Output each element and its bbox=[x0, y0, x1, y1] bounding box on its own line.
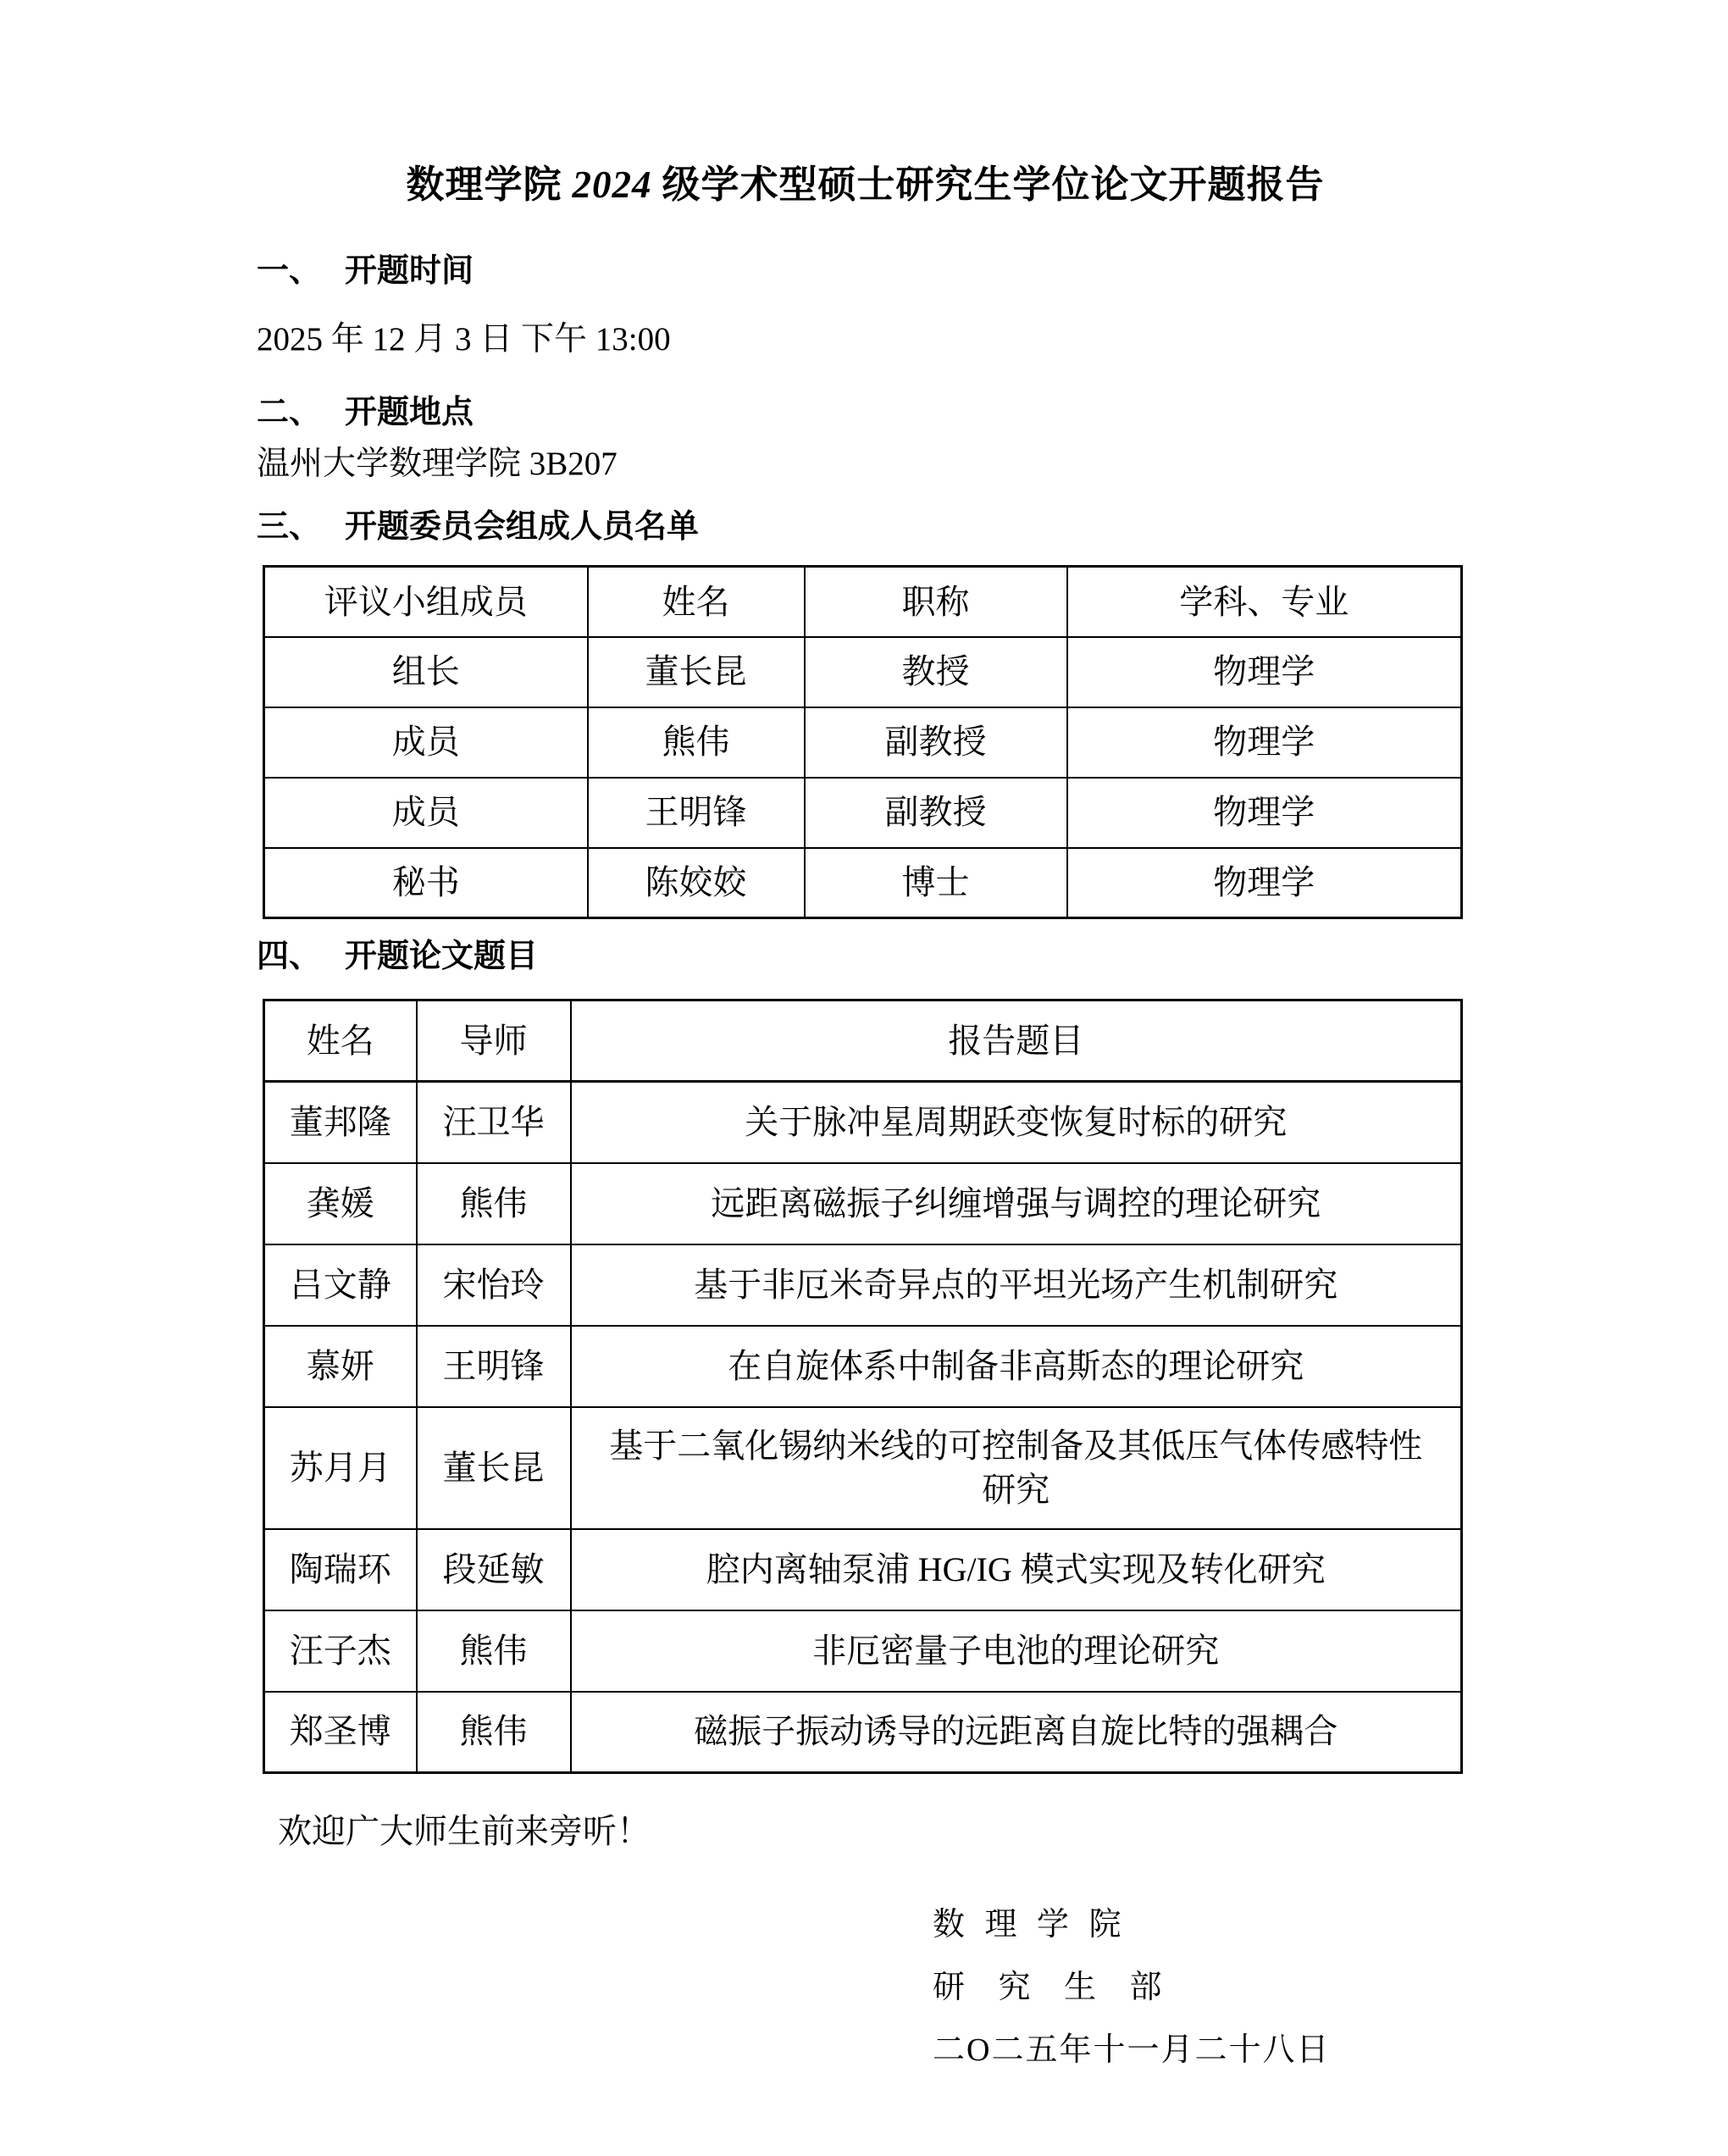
signature-institution: 数 理 学 院 bbox=[933, 1893, 1474, 1956]
advisor-name: 宋怡玲 bbox=[417, 1244, 571, 1326]
section-heading-time: 一、开题时间 bbox=[257, 254, 1474, 290]
table-cell: 成员 bbox=[264, 778, 588, 848]
student-name: 陶瑞环 bbox=[264, 1529, 417, 1610]
section-title: 开题委员会组成人员名单 bbox=[345, 509, 699, 545]
report-title: 腔内离轴泵浦 HG/IG 模式实现及转化研究 bbox=[571, 1529, 1462, 1610]
table-cell: 博士 bbox=[805, 848, 1067, 918]
committee-table: 评议小组成员 姓名 职称 学科、专业 组长 董长昆 教授 物理学 成员 熊伟 副… bbox=[263, 565, 1463, 919]
title-suffix: 级学术型硕士研究生学位论文开题报告 bbox=[662, 163, 1325, 206]
title-year: 2024 bbox=[562, 164, 662, 206]
table-row: 郑圣博 熊伟 磁振子振动诱导的远距离自旋比特的强耦合 bbox=[264, 1692, 1462, 1773]
title-prefix: 数理学院 bbox=[406, 163, 562, 206]
page-title: 数理学院2024级学术型硕士研究生学位论文开题报告 bbox=[257, 161, 1474, 208]
report-title: 基于二氧化锡纳米线的可控制备及其低压气体传感特性研究 bbox=[571, 1407, 1462, 1529]
table-row: 苏月月 董长昆 基于二氧化锡纳米线的可控制备及其低压气体传感特性研究 bbox=[264, 1407, 1462, 1529]
signature-date: 二O二五年十一月二十八日 bbox=[933, 2019, 1474, 2081]
section-body-time: 2025 年 12 月 3 日 下午 13:00 bbox=[257, 322, 1474, 358]
table-cell: 成员 bbox=[264, 707, 588, 778]
student-name: 龚媛 bbox=[264, 1163, 417, 1244]
advisor-name: 熊伟 bbox=[417, 1163, 571, 1244]
table-cell: 王明锋 bbox=[588, 778, 805, 848]
closing-note: 欢迎广大师生前来旁听！ bbox=[278, 1804, 1474, 1853]
table-cell: 董长昆 bbox=[588, 637, 805, 707]
table-cell: 组长 bbox=[264, 637, 588, 707]
column-header: 职称 bbox=[805, 567, 1067, 637]
section-title: 开题论文题目 bbox=[345, 939, 538, 974]
signature-block: 数 理 学 院 研 究 生 部 二O二五年十一月二十八日 bbox=[933, 1893, 1474, 2081]
table-header-row: 评议小组成员 姓名 职称 学科、专业 bbox=[264, 567, 1462, 637]
report-title: 基于非厄米奇异点的平坦光场产生机制研究 bbox=[571, 1244, 1462, 1326]
table-row: 龚媛 熊伟 远距离磁振子纠缠增强与调控的理论研究 bbox=[264, 1163, 1462, 1244]
advisor-name: 汪卫华 bbox=[417, 1082, 571, 1163]
section-title: 开题时间 bbox=[345, 253, 474, 289]
table-cell: 物理学 bbox=[1067, 707, 1462, 778]
table-header-row: 姓名 导师 报告题目 bbox=[264, 1000, 1462, 1082]
advisor-name: 熊伟 bbox=[417, 1610, 571, 1692]
report-title: 磁振子振动诱导的远距离自旋比特的强耦合 bbox=[571, 1692, 1462, 1773]
table-cell: 物理学 bbox=[1067, 637, 1462, 707]
table-row: 汪子杰 熊伟 非厄密量子电池的理论研究 bbox=[264, 1610, 1462, 1692]
report-title: 非厄密量子电池的理论研究 bbox=[571, 1610, 1462, 1692]
table-row: 秘书 陈姣姣 博士 物理学 bbox=[264, 848, 1462, 918]
column-header: 姓名 bbox=[588, 567, 805, 637]
section-heading-topics: 四、开题论文题目 bbox=[257, 939, 1474, 975]
section-title: 开题地点 bbox=[345, 395, 474, 430]
signature-department: 研 究 生 部 bbox=[933, 1956, 1474, 2019]
section-number: 三、 bbox=[257, 509, 321, 545]
advisor-name: 董长昆 bbox=[417, 1407, 571, 1529]
thesis-table: 姓名 导师 报告题目 董邦隆 汪卫华 关于脉冲星周期跃变恢复时标的研究 龚媛 熊… bbox=[263, 999, 1463, 1774]
table-cell: 熊伟 bbox=[588, 707, 805, 778]
advisor-name: 熊伟 bbox=[417, 1692, 571, 1773]
section-heading-committee: 三、开题委员会组成人员名单 bbox=[257, 510, 1474, 546]
report-title: 关于脉冲星周期跃变恢复时标的研究 bbox=[571, 1082, 1462, 1163]
column-header: 评议小组成员 bbox=[264, 567, 588, 637]
student-name: 吕文静 bbox=[264, 1244, 417, 1326]
student-name: 慕妍 bbox=[264, 1326, 417, 1407]
table-row: 组长 董长昆 教授 物理学 bbox=[264, 637, 1462, 707]
student-name: 汪子杰 bbox=[264, 1610, 417, 1692]
section-body-place: 温州大学数理学院 3B207 bbox=[257, 446, 1474, 483]
student-name: 董邦隆 bbox=[264, 1082, 417, 1163]
table-row: 成员 王明锋 副教授 物理学 bbox=[264, 778, 1462, 848]
report-title: 远距离磁振子纠缠增强与调控的理论研究 bbox=[571, 1163, 1462, 1244]
table-cell: 副教授 bbox=[805, 778, 1067, 848]
advisor-name: 王明锋 bbox=[417, 1326, 571, 1407]
table-cell: 物理学 bbox=[1067, 778, 1462, 848]
table-cell: 物理学 bbox=[1067, 848, 1462, 918]
student-name: 郑圣博 bbox=[264, 1692, 417, 1773]
section-number: 一、 bbox=[257, 253, 321, 289]
table-row: 吕文静 宋怡玲 基于非厄米奇异点的平坦光场产生机制研究 bbox=[264, 1244, 1462, 1326]
advisor-name: 段延敏 bbox=[417, 1529, 571, 1610]
report-title: 在自旋体系中制备非高斯态的理论研究 bbox=[571, 1326, 1462, 1407]
column-header: 导师 bbox=[417, 1000, 571, 1082]
table-row: 陶瑞环 段延敏 腔内离轴泵浦 HG/IG 模式实现及转化研究 bbox=[264, 1529, 1462, 1610]
column-header: 报告题目 bbox=[571, 1000, 1462, 1082]
table-row: 成员 熊伟 副教授 物理学 bbox=[264, 707, 1462, 778]
table-cell: 秘书 bbox=[264, 848, 588, 918]
table-cell: 副教授 bbox=[805, 707, 1067, 778]
table-cell: 陈姣姣 bbox=[588, 848, 805, 918]
column-header: 姓名 bbox=[264, 1000, 417, 1082]
student-name: 苏月月 bbox=[264, 1407, 417, 1529]
section-heading-place: 二、开题地点 bbox=[257, 396, 1474, 431]
table-cell: 教授 bbox=[805, 637, 1067, 707]
table-row: 董邦隆 汪卫华 关于脉冲星周期跃变恢复时标的研究 bbox=[264, 1082, 1462, 1163]
table-row: 慕妍 王明锋 在自旋体系中制备非高斯态的理论研究 bbox=[264, 1326, 1462, 1407]
section-number: 四、 bbox=[257, 939, 321, 974]
column-header: 学科、专业 bbox=[1067, 567, 1462, 637]
document-page: 数理学院2024级学术型硕士研究生学位论文开题报告 一、开题时间 2025 年 … bbox=[0, 0, 1728, 2156]
section-number: 二、 bbox=[257, 395, 321, 430]
